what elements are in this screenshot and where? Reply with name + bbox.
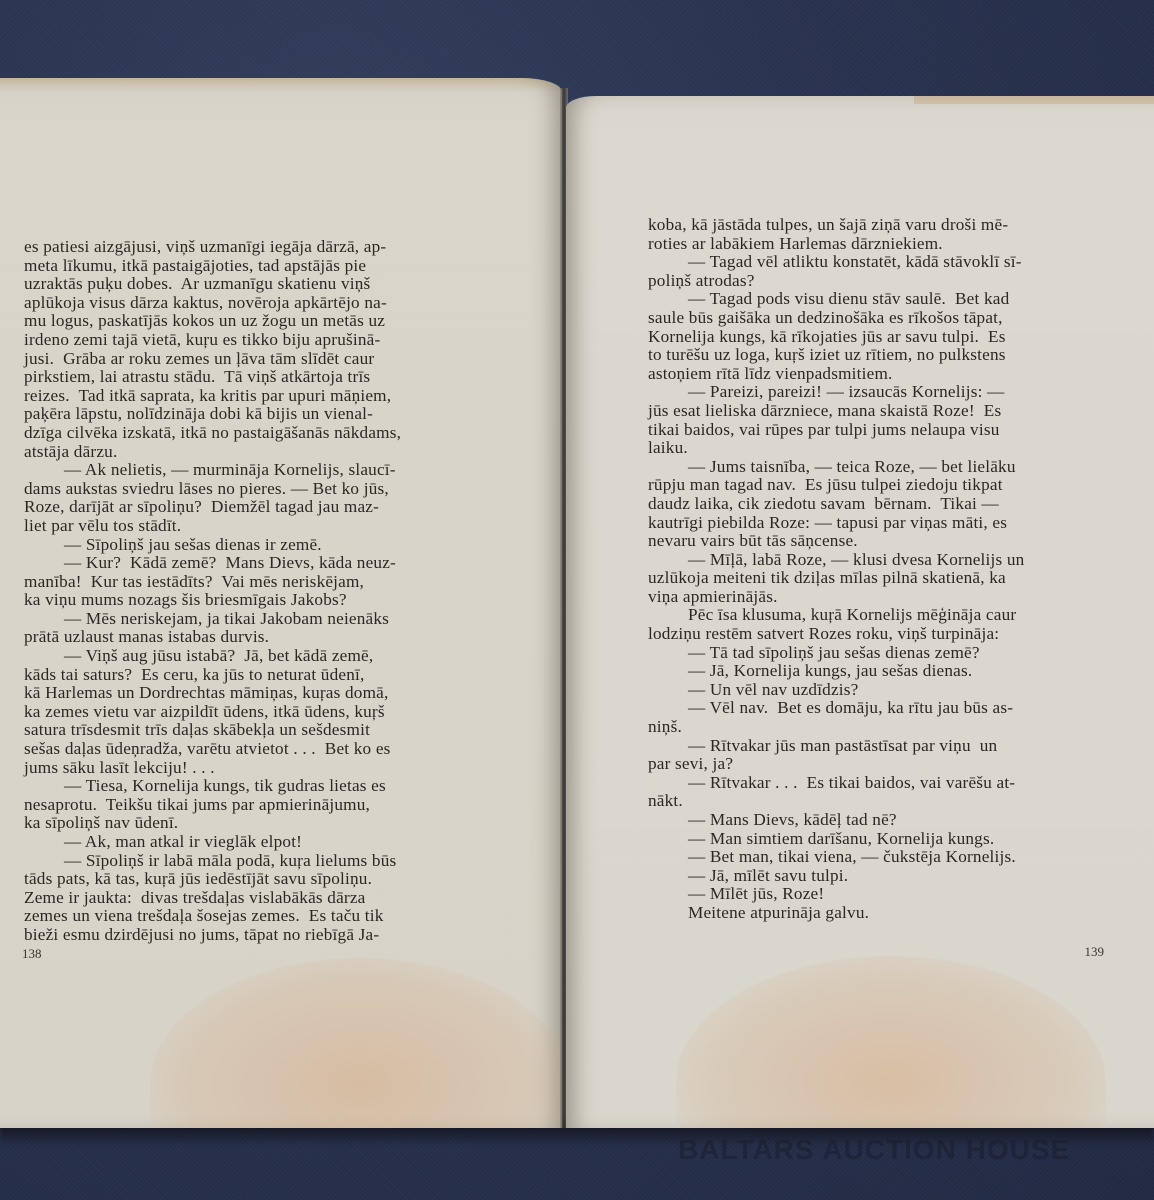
text-line: liet par vēlu tos stādīt. <box>24 517 470 536</box>
right-page-text: koba, kā jāstāda tulpes, un šajā ziņā va… <box>648 216 1090 923</box>
text-line: meta līkumu, itkā pastaigājoties, tad ap… <box>24 257 470 276</box>
text-line: nevaru vairs būt tās sāņcense. <box>648 532 1090 551</box>
text-line: ka sīpoliņš nav ūdenī. <box>24 814 470 833</box>
text-line: to turēšu uz loga, kuŗš iziet uz rītiem,… <box>648 346 1090 365</box>
text-line: tikai baidos, vai rūpes par tulpi jums n… <box>648 421 1090 440</box>
text-line: — Tā tad sīpoliņš jau sešas dienas zemē? <box>648 644 1090 663</box>
text-line: — Man simtiem darīšanu, Kornelija kungs. <box>648 830 1090 849</box>
text-line: satura trīsdesmit trīs daļas skābekļa un… <box>24 721 470 740</box>
text-line: — Vēl nav. Bet es domāju, ka rītu jau bū… <box>648 699 1090 718</box>
text-line: irdeno zemi tajā vietā, kuŗu es tikko bi… <box>24 331 470 350</box>
text-line: mu logus, paskatījās kokos un uz žogu un… <box>24 312 470 331</box>
text-line: viņa apmierinājās. <box>648 588 1090 607</box>
text-line: ka zemes vietu var aizpildīt ūdens, itkā… <box>24 703 470 722</box>
page-number-right: 139 <box>1085 944 1105 960</box>
text-line: — Tiesa, Kornelija kungs, tik gudras lie… <box>24 777 470 796</box>
text-line: reizes. Tad itkā saprata, ka kritis par … <box>24 387 470 406</box>
water-stain <box>676 956 1106 1128</box>
text-line: kautrīgi piebilda Roze: — tapusi par viņ… <box>648 514 1090 533</box>
text-line: uzraktās puķu dobes. Ar uzmanīgu skatien… <box>24 275 470 294</box>
text-line: prātā uzlaust manas istabas durvis. <box>24 628 470 647</box>
text-line: — Kur? Kādā zemē? Mans Dievs, kāda neuz- <box>24 554 470 573</box>
left-page-text: es patiesi aizgājusi, viņš uzmanīgi iegā… <box>24 238 470 945</box>
text-line: nesaprotu. Teikšu tikai jums par apmieri… <box>24 796 470 815</box>
text-line: roties ar labākiem Harlemas dārzniekiem. <box>648 235 1090 254</box>
text-line: bieži esmu dzirdējusi no jums, tāpat no … <box>24 926 470 945</box>
text-line: — Mīlēt jūs, Roze! <box>648 885 1090 904</box>
water-stain <box>150 958 562 1128</box>
text-line: Pēc īsa klusuma, kuŗā Kornelijs mēģināja… <box>648 606 1090 625</box>
text-line: paķēra lāpstu, nolīdzināja dobi kā bijis… <box>24 405 470 424</box>
text-line: par sevi, ja? <box>648 755 1090 774</box>
page-number-left: 138 <box>22 946 42 962</box>
text-line: poliņš atrodas? <box>648 272 1090 291</box>
text-line: rūpju man tagad nav. Es jūsu tulpei zied… <box>648 476 1090 495</box>
text-line: laiku. <box>648 439 1090 458</box>
open-book: es patiesi aizgājusi, viņš uzmanīgi iegā… <box>0 78 1154 1128</box>
text-line: lodziņu restēm satvert Rozes roku, viņš … <box>648 625 1090 644</box>
text-line: — Ak, man atkal ir vieglāk elpot! <box>24 833 470 852</box>
text-line: tāds pats, kā tas, kuŗā jūs iedēstījāt s… <box>24 870 470 889</box>
text-line: — Rītvakar . . . Es tikai baidos, vai va… <box>648 774 1090 793</box>
text-line: niņš. <box>648 718 1090 737</box>
text-line: zemes un viena trešdaļa šosejas zemes. E… <box>24 907 470 926</box>
left-page: es patiesi aizgājusi, viņš uzmanīgi iegā… <box>0 78 562 1128</box>
page-edge <box>914 96 1154 104</box>
text-line: Zeme ir jaukta: divas trešdaļas vislabāk… <box>24 889 470 908</box>
text-line: — Tagad vēl atliktu konstatēt, kādā stāv… <box>648 253 1090 272</box>
text-line: manība! Kur tas iestādīts? Vai mēs neris… <box>24 573 470 592</box>
text-line: dzīga cilvēka izskatā, itkā no pastaigāš… <box>24 424 470 443</box>
text-line: — Ak nelietis, — murmināja Kornelijs, sl… <box>24 461 470 480</box>
text-line: uzlūkoja meiteni tik dziļas mīlas pilnā … <box>648 569 1090 588</box>
text-line: dams aukstas sviedru lāses no pieres. — … <box>24 480 470 499</box>
text-line: — Sīpoliņš jau sešas dienas ir zemē. <box>24 536 470 555</box>
text-line: Roze, darījāt ar sīpoliņu? Diemžēl tagad… <box>24 498 470 517</box>
text-line: — Bet man, tikai viena, — čukstēja Korne… <box>648 848 1090 867</box>
text-line: — Mīļā, labā Roze, — klusi dvesa Korneli… <box>648 551 1090 570</box>
text-line: atstāja dārzu. <box>24 443 470 462</box>
text-line: — Un vēl nav uzdīdzis? <box>648 681 1090 700</box>
text-line: kā Harlemas un Dordrechtas māmiņas, kuŗa… <box>24 684 470 703</box>
text-line: nākt. <box>648 792 1090 811</box>
text-line: Meitene atpurināja galvu. <box>648 904 1090 923</box>
text-line: daudz laika, cik ziedotu savam bērnam. T… <box>648 495 1090 514</box>
text-line: jums sāku lasīt lekciju! . . . <box>24 759 470 778</box>
text-line: Kornelija kungs, kā rīkojaties jūs ar sa… <box>648 328 1090 347</box>
text-line: pirkstiem, lai atrastu stādu. Tā viņš at… <box>24 368 470 387</box>
text-line: kāds tai saturs? Es ceru, ka jūs to netu… <box>24 666 470 685</box>
text-line: — Jā, Kornelija kungs, jau sešas dienas. <box>648 662 1090 681</box>
text-line: — Jā, mīlēt savu tulpi. <box>648 867 1090 886</box>
text-line: — Pareizi, pareizi! — izsaucās Kornelijs… <box>648 383 1090 402</box>
text-line: — Viņš aug jūsu istabā? Jā, bet kādā zem… <box>24 647 470 666</box>
text-line: koba, kā jāstāda tulpes, un šajā ziņā va… <box>648 216 1090 235</box>
text-line: jūs esat lieliska dārzniece, mana skaist… <box>648 402 1090 421</box>
text-line: — Mans Dievs, kādēļ tad nē? <box>648 811 1090 830</box>
text-line: saule būs gaišāka un dedzinošāka es rīko… <box>648 309 1090 328</box>
text-line: — Mēs neriskejam, ja tikai Jakobam neien… <box>24 610 470 629</box>
text-line: sešas daļas ūdeņradža, varētu atvietot .… <box>24 740 470 759</box>
text-line: — Tagad pods visu dienu stāv saulē. Bet … <box>648 290 1090 309</box>
text-line: — Rītvakar jūs man pastāstīsat par viņu … <box>648 737 1090 756</box>
right-page: koba, kā jāstāda tulpes, un šajā ziņā va… <box>566 96 1154 1128</box>
text-line: — Sīpoliņš ir labā māla podā, kuŗa lielu… <box>24 852 470 871</box>
text-line: aplūkoja visus dārza kaktus, novēroja ap… <box>24 294 470 313</box>
text-line: astoņiem rītā līdz vienpadsmitiem. <box>648 365 1090 384</box>
text-line: — Jums taisnība, — teica Roze, — bet lie… <box>648 458 1090 477</box>
text-line: ka viņu mums nozags šis briesmīgais Jako… <box>24 591 470 610</box>
text-line: es patiesi aizgājusi, viņš uzmanīgi iegā… <box>24 238 470 257</box>
text-line: jusi. Grāba ar roku zemes un ļāva tām sl… <box>24 350 470 369</box>
watermark: BALTARS AUCTION HOUSE <box>678 1134 1070 1166</box>
